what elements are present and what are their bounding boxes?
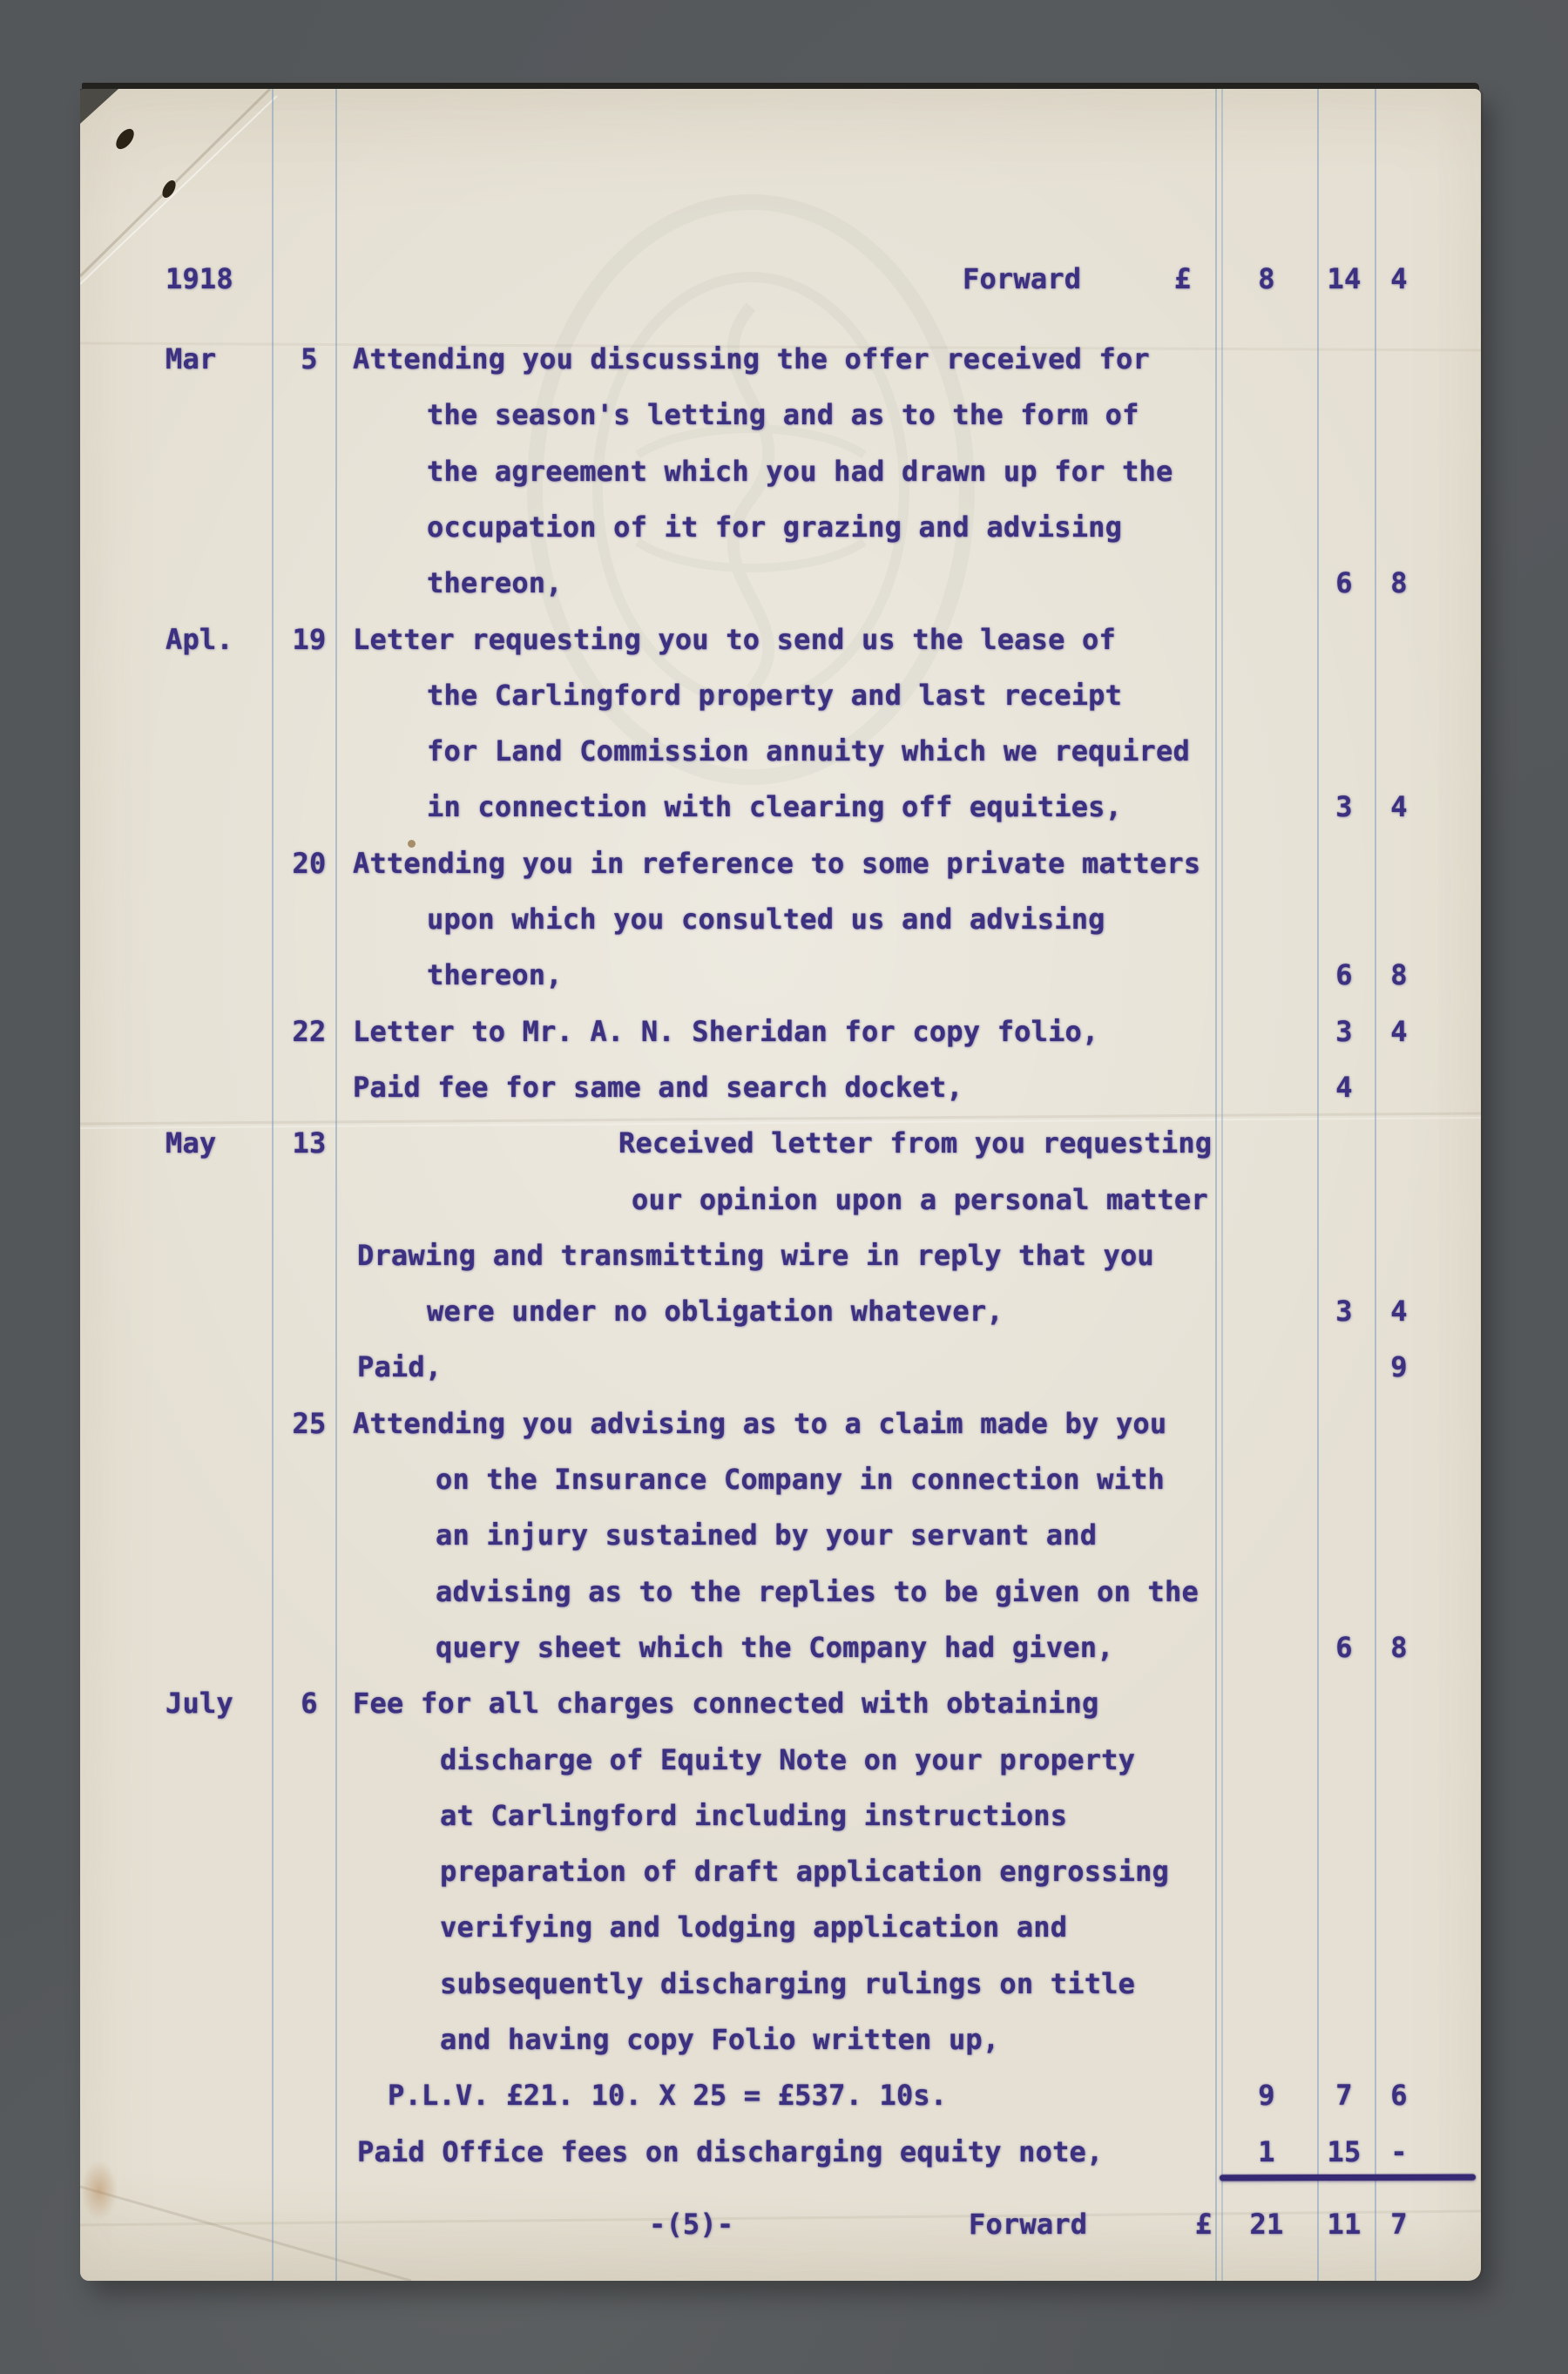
ledger-row: Apl.19Letter requesting you to send us t… bbox=[80, 622, 1481, 662]
forward-label: Forward bbox=[969, 2207, 1087, 2242]
ledger-row: an injury sustained by your servant and bbox=[80, 1518, 1481, 1558]
entry-text: preparation of draft application engross… bbox=[440, 1854, 1169, 1889]
entry-text: our opinion upon a personal matter bbox=[632, 1182, 1208, 1217]
ledger-row: the season's letting and as to the form … bbox=[80, 397, 1481, 437]
entry-text: Letter to Mr. A. N. Sheridan for copy fo… bbox=[353, 1014, 1099, 1049]
entry-text: P.L.V. £21. 10. X 25 = £537. 10s. bbox=[388, 2078, 947, 2113]
entry-text: on the Insurance Company in connection w… bbox=[436, 1462, 1165, 1497]
month-label: Mar bbox=[166, 342, 216, 376]
ledger-sheet: 1918 Forward £ 8 14 4 Mar5Attending you … bbox=[80, 89, 1481, 2281]
entry-text: Attending you in reference to some priva… bbox=[353, 846, 1200, 881]
day-label: 20 bbox=[279, 846, 340, 881]
day-label: 19 bbox=[279, 622, 340, 657]
forward-label: Forward bbox=[963, 261, 1081, 296]
entry-text: Attending you advising as to a claim mad… bbox=[353, 1406, 1166, 1441]
amount-pence: 8 bbox=[1366, 957, 1432, 992]
total-ink-rule bbox=[1220, 2174, 1476, 2181]
amount-pence: 8 bbox=[1366, 565, 1432, 600]
ledger-row: for Land Commission annuity which we req… bbox=[80, 734, 1481, 774]
entry-text: subsequently discharging rulings on titl… bbox=[440, 1966, 1135, 2001]
amount-pounds: 21 bbox=[1228, 2207, 1305, 2242]
day-label: 13 bbox=[279, 1126, 340, 1160]
ledger-row: at Carlingford including instructions bbox=[80, 1798, 1481, 1838]
ledger-row: the agreement which you had drawn up for… bbox=[80, 454, 1481, 494]
entry-text: in connection with clearing off equities… bbox=[427, 789, 1122, 824]
ledger-row: Paid,9 bbox=[80, 1349, 1481, 1390]
year-label: 1918 bbox=[166, 261, 233, 296]
ledger-row: 25Attending you advising as to a claim m… bbox=[80, 1406, 1481, 1446]
day-label: 5 bbox=[279, 342, 340, 376]
ledger-row: preparation of draft application engross… bbox=[80, 1854, 1481, 1894]
amount-pence: 9 bbox=[1366, 1349, 1432, 1384]
entry-text: an injury sustained by your servant and bbox=[436, 1518, 1097, 1552]
entry-text: Received letter from you requesting bbox=[618, 1126, 1212, 1160]
ledger-row: and having copy Folio written up, bbox=[80, 2022, 1481, 2062]
ledger-row: thereon,68 bbox=[80, 957, 1481, 998]
pound-sign: £ bbox=[1195, 2207, 1212, 2242]
entry-text: and having copy Folio written up, bbox=[440, 2022, 999, 2057]
ledger-row: on the Insurance Company in connection w… bbox=[80, 1462, 1481, 1502]
ledger-row: subsequently discharging rulings on titl… bbox=[80, 1966, 1481, 2006]
ledger-row: occupation of it for grazing and advisin… bbox=[80, 510, 1481, 550]
ledger-row: in connection with clearing off equities… bbox=[80, 789, 1481, 829]
ink-spot bbox=[159, 178, 178, 200]
ledger-row: our opinion upon a personal matter bbox=[80, 1182, 1481, 1222]
amount-pence: 4 bbox=[1366, 1294, 1432, 1329]
pound-sign: £ bbox=[1174, 261, 1191, 296]
entry-text: Letter requesting you to send us the lea… bbox=[353, 622, 1116, 657]
entry-text: verifying and lodging application and bbox=[440, 1910, 1067, 1945]
entry-text: the season's letting and as to the form … bbox=[427, 397, 1139, 432]
ledger-row: upon which you consulted us and advising bbox=[80, 902, 1481, 942]
entry-text: occupation of it for grazing and advisin… bbox=[427, 510, 1122, 544]
entry-text: the Carlingford property and last receip… bbox=[427, 678, 1122, 713]
amount-pence: 6 bbox=[1366, 2078, 1432, 2113]
entry-text: Paid fee for same and search docket, bbox=[353, 1070, 963, 1105]
ledger-row: P.L.V. £21. 10. X 25 = £537. 10s.976 bbox=[80, 2078, 1481, 2118]
ledger-row: verifying and lodging application and bbox=[80, 1910, 1481, 1950]
entry-text: Drawing and transmitting wire in reply t… bbox=[357, 1238, 1154, 1273]
amount-pounds: 1 bbox=[1228, 2134, 1305, 2169]
entry-text: Paid, bbox=[357, 1349, 442, 1384]
amount-pence: 7 bbox=[1366, 2207, 1432, 2242]
ledger-row: May13Received letter from you requesting bbox=[80, 1126, 1481, 1166]
amount-pounds: 9 bbox=[1228, 2078, 1305, 2113]
amount-pence: 4 bbox=[1366, 789, 1432, 824]
ledger-row: query sheet which the Company had given,… bbox=[80, 1630, 1481, 1670]
month-label: Apl. bbox=[166, 622, 233, 657]
month-label: July bbox=[166, 1686, 233, 1721]
ledger-row-forward-top: 1918 Forward £ 8 14 4 bbox=[80, 261, 1481, 301]
amount-pence: 8 bbox=[1366, 1630, 1432, 1665]
entry-text: the agreement which you had drawn up for… bbox=[427, 454, 1173, 489]
ledger-row: 22Letter to Mr. A. N. Sheridan for copy … bbox=[80, 1014, 1481, 1054]
ledger-row: thereon,68 bbox=[80, 565, 1481, 605]
entry-text: Fee for all charges connected with obtai… bbox=[353, 1686, 1099, 1721]
entry-text: at Carlingford including instructions bbox=[440, 1798, 1067, 1833]
entry-text: query sheet which the Company had given, bbox=[436, 1630, 1114, 1665]
day-label: 22 bbox=[279, 1014, 340, 1049]
month-label: May bbox=[166, 1126, 216, 1160]
scanned-document-stage: 1918 Forward £ 8 14 4 Mar5Attending you … bbox=[0, 0, 1568, 2374]
ledger-row: discharge of Equity Note on your propert… bbox=[80, 1742, 1481, 1782]
entry-text: discharge of Equity Note on your propert… bbox=[440, 1742, 1135, 1777]
ledger-row: Drawing and transmitting wire in reply t… bbox=[80, 1238, 1481, 1278]
amount-pence: - bbox=[1366, 2134, 1432, 2169]
ledger-row: the Carlingford property and last receip… bbox=[80, 678, 1481, 718]
entry-text: Attending you discussing the offer recei… bbox=[353, 342, 1150, 376]
ledger-row: 20Attending you in reference to some pri… bbox=[80, 846, 1481, 886]
entry-text: Paid Office fees on discharging equity n… bbox=[357, 2134, 1104, 2169]
ledger-row: Paid Office fees on discharging equity n… bbox=[80, 2134, 1481, 2174]
day-label: 25 bbox=[279, 1406, 340, 1441]
amount-shillings: 4 bbox=[1308, 1070, 1380, 1105]
entry-text: thereon, bbox=[427, 565, 563, 600]
page-number: -(5)- bbox=[649, 2207, 733, 2242]
ink-spot bbox=[112, 125, 137, 152]
ledger-row: Paid fee for same and search docket,4 bbox=[80, 1070, 1481, 1110]
ledger-row-forward-bottom: -(5)- Forward £ 21 11 7 bbox=[80, 2207, 1481, 2247]
ledger-row: Mar5Attending you discussing the offer r… bbox=[80, 342, 1481, 382]
entry-text: upon which you consulted us and advising bbox=[427, 902, 1105, 937]
entry-text: for Land Commission annuity which we req… bbox=[427, 734, 1190, 768]
amount-pence: 4 bbox=[1366, 261, 1432, 296]
entry-text: were under no obligation whatever, bbox=[427, 1294, 1004, 1329]
amount-pounds: 8 bbox=[1228, 261, 1305, 296]
amount-pence: 4 bbox=[1366, 1014, 1432, 1049]
entry-text: advising as to the replies to be given o… bbox=[436, 1574, 1199, 1609]
day-label: 6 bbox=[279, 1686, 340, 1721]
ledger-row: advising as to the replies to be given o… bbox=[80, 1574, 1481, 1614]
entry-text: thereon, bbox=[427, 957, 563, 992]
ledger-row: were under no obligation whatever,34 bbox=[80, 1294, 1481, 1334]
ledger-row: July6Fee for all charges connected with … bbox=[80, 1686, 1481, 1726]
